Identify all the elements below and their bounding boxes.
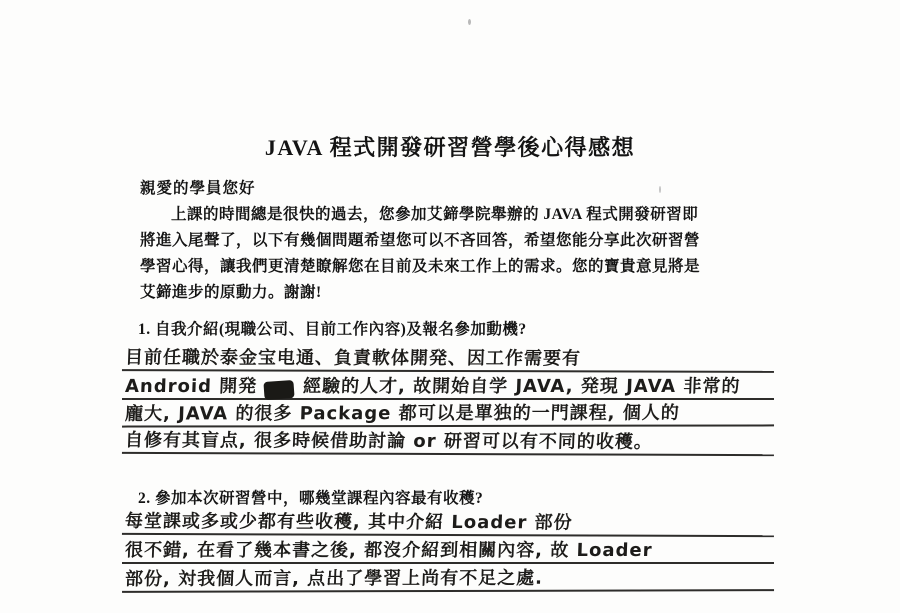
intro-line: 上課的時間總是很快的過去，您參加艾鍗學院舉辦的 JAVA 程式開發研習即 <box>140 202 788 228</box>
document-page: JAVA 程式開發研習營學後心得感想 親愛的學員您好 上課的時間總是很快的過去，… <box>0 0 900 613</box>
q1-answer-line-2: Android 開発經驗的人才, 故開始自学 JAVA, 発現 JAVA 非常的 <box>122 371 774 400</box>
q1-answer-line-4: 自修有其盲点, 很多時候借助討論 or 研習可以有不同的收穫。 <box>122 425 774 456</box>
handwritten-text: Android 開発 <box>122 376 258 398</box>
q2-answer-line-2: 很不錯, 在看了幾本書之後, 都沒介紹到相關內容, 故 Loader <box>122 535 774 564</box>
salutation: 親愛的學員您好 <box>140 176 256 198</box>
document-title: JAVA 程式開發研習營學後心得感想 <box>0 131 900 162</box>
scan-speck <box>468 19 471 25</box>
handwritten-text: 龐大, JAVA 的很多 Package 都可以是單独的一門課程, 個人的 <box>122 403 681 426</box>
q1-answer-line-1: 目前任職於泰金宝电通、負責軟体開発、因工作需要有 <box>122 342 774 373</box>
question-1-label: 1. 自我介紹(現職公司、目前工作內容)及報名參加動機? <box>138 317 527 339</box>
q1-answer-line-3: 龐大, JAVA 的很多 Package 都可以是單独的一門課程, 個人的 <box>122 397 774 427</box>
handwritten-text: 經驗的人才, 故開始自学 JAVA, 発現 JAVA 非常的 <box>300 376 741 398</box>
intro-line: 學習心得，讓我們更清楚瞭解您在目前及未來工作上的需求。您的寶貴意見將是 <box>140 254 788 280</box>
q2-answer-line-3: 部份, 対我個人而言, 点出了學習上尚有不足之處. <box>122 562 774 593</box>
handwritten-text: 目前任職於泰金宝电通、負責軟体開発、因工作需要有 <box>122 347 582 370</box>
intro-paragraph: 上課的時間總是很快的過去，您參加艾鍗學院舉辦的 JAVA 程式開發研習即 將進入… <box>140 202 788 306</box>
intro-line: 將進入尾聲了，以下有幾個問題希望您可以不吝回答，希望您能分享此次研習營 <box>140 228 788 254</box>
question-2-label: 2. 參加本次研習營中，哪幾堂課程內容最有收穫? <box>138 486 483 508</box>
scan-speck <box>659 186 661 193</box>
handwritten-text: 很不錯, 在看了幾本書之後, 都沒介紹到相關內容, 故 Loader <box>122 540 653 562</box>
handwritten-text: 每堂課或多或少都有些收穫, 其中介紹 Loader 部份 <box>122 511 573 535</box>
q2-answer-line-1: 每堂課或多或少都有些收穫, 其中介紹 Loader 部份 <box>122 506 774 537</box>
handwritten-text: 自修有其盲点, 很多時候借助討論 or 研習可以有不同的收穫。 <box>122 430 654 454</box>
intro-line: 艾鍗進步的原動力。謝謝! <box>140 280 788 306</box>
scribbled-out-character <box>264 380 295 400</box>
handwritten-text: 部份, 対我個人而言, 点出了學習上尚有不足之處. <box>122 568 544 591</box>
